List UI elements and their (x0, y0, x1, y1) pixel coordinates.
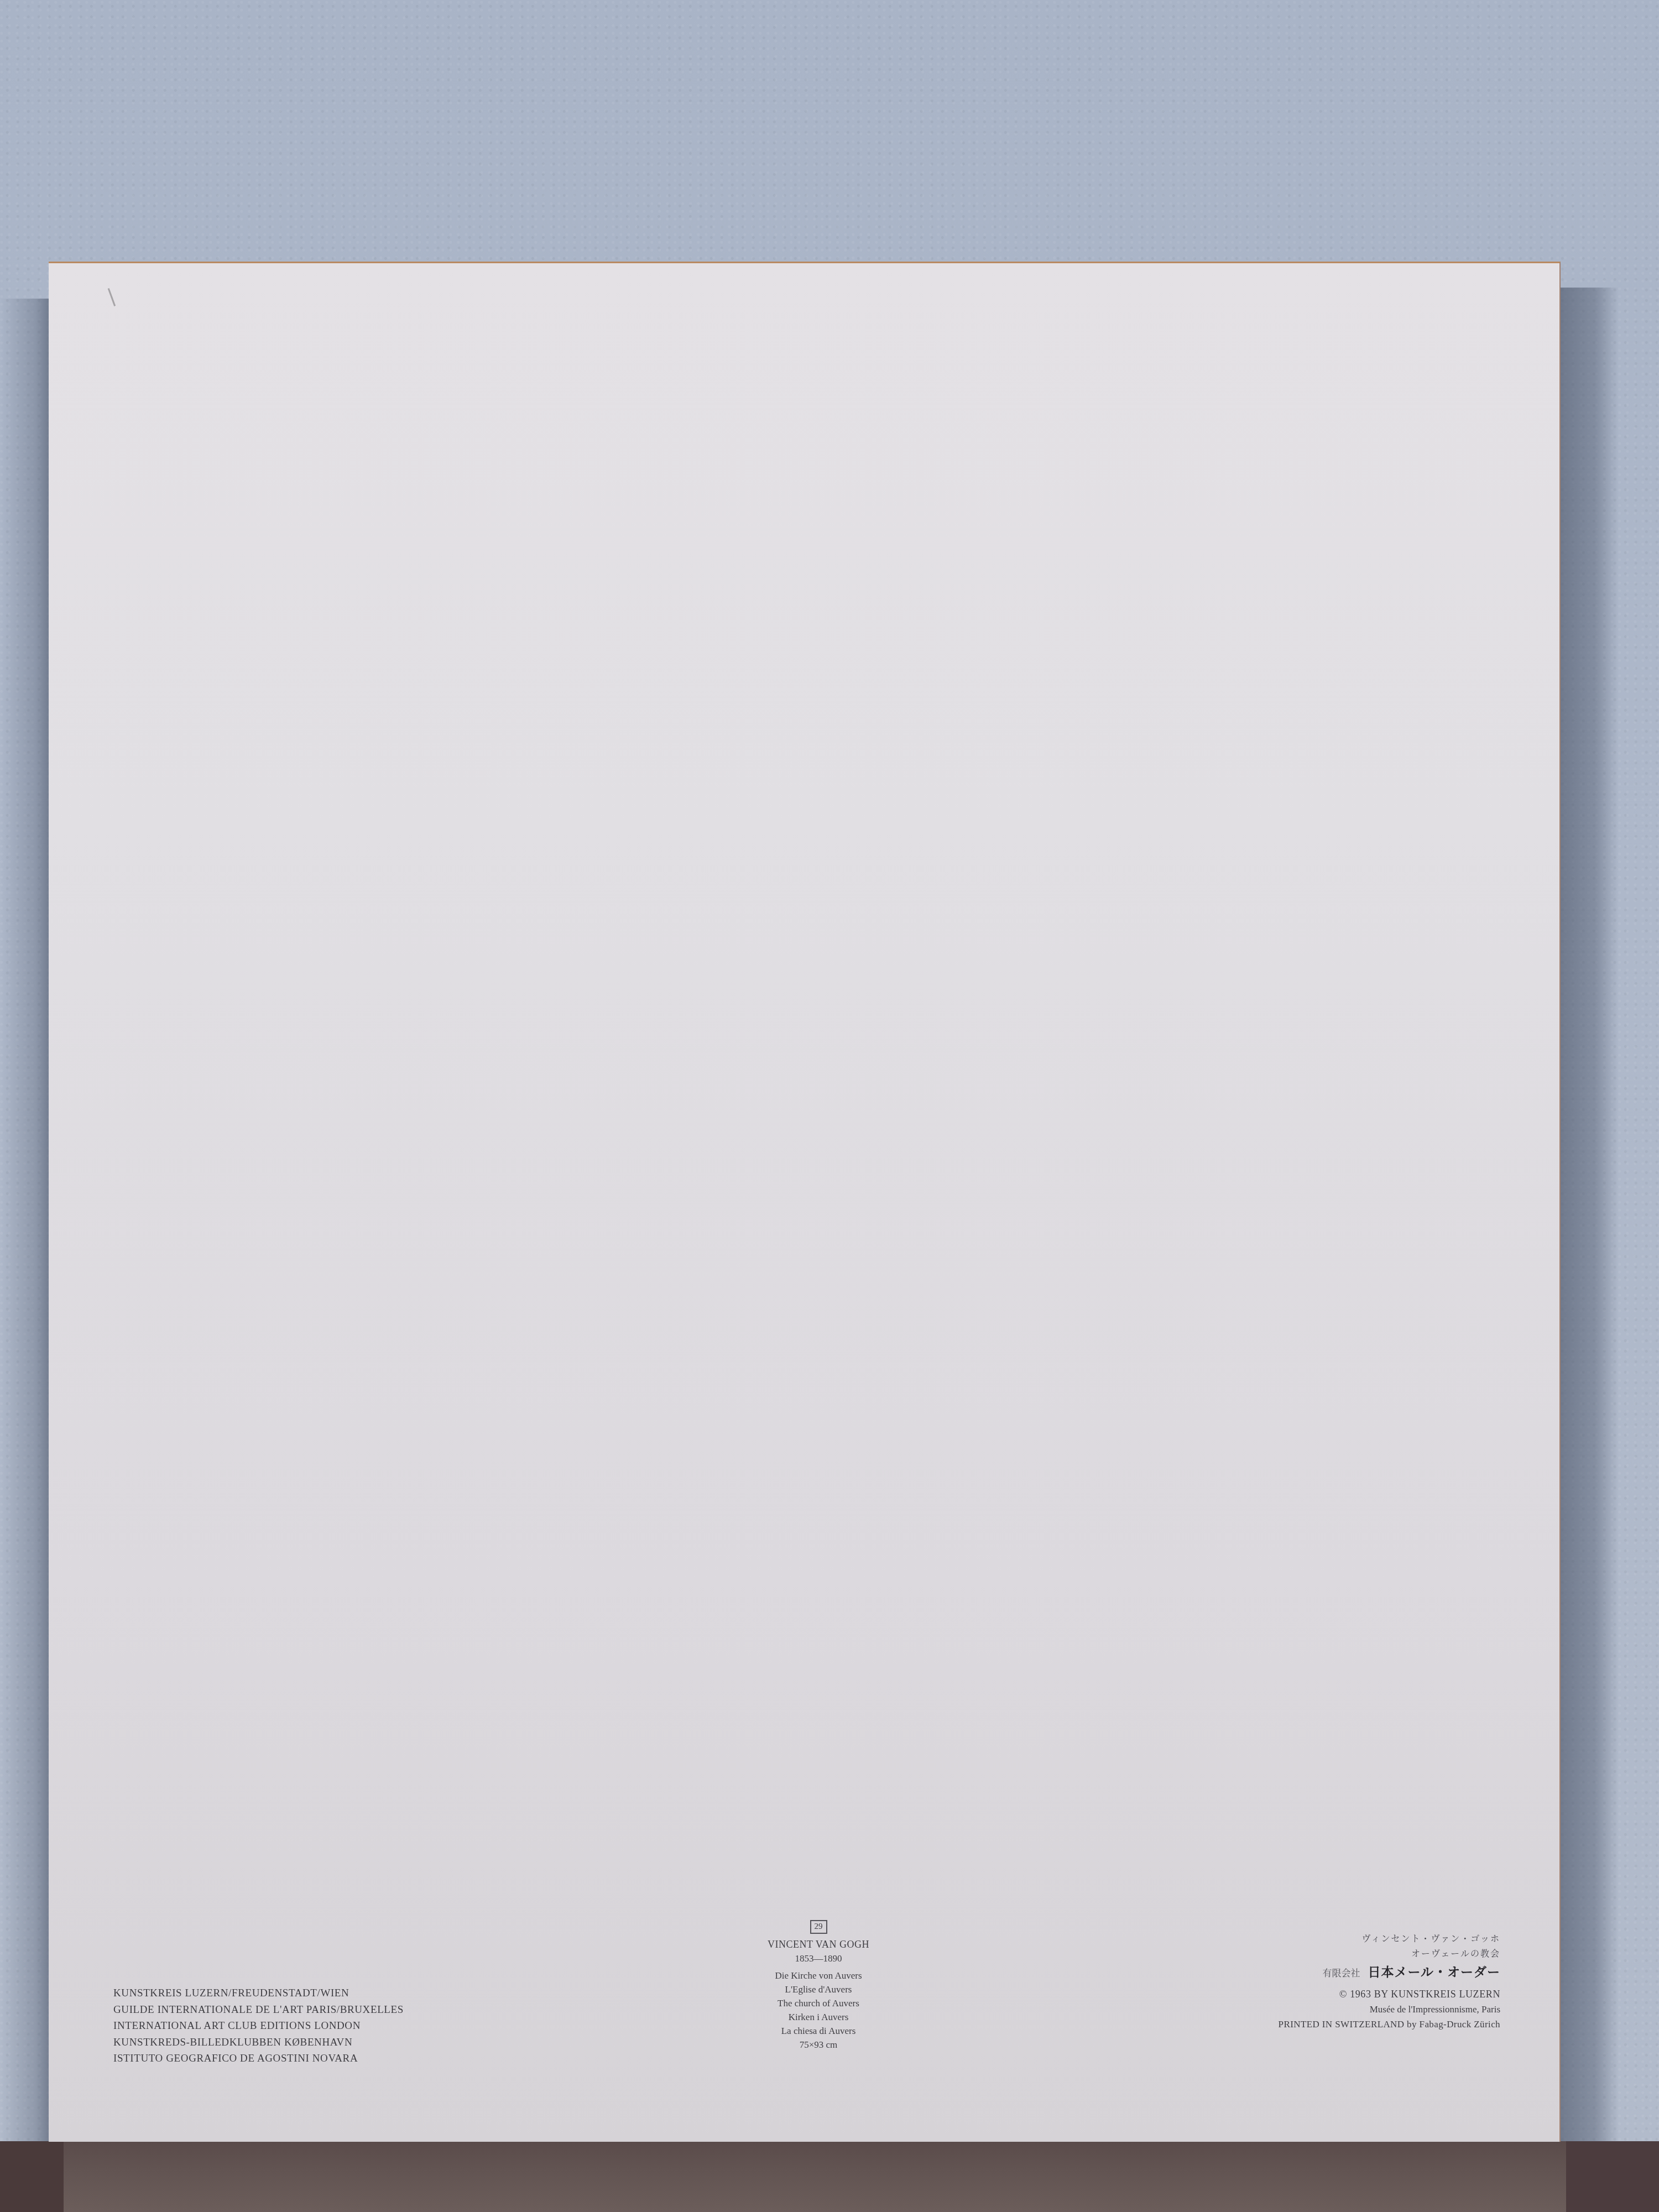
board-right-shadow (1561, 288, 1619, 2143)
japanese-title: オーヴェールの教会 (1279, 1946, 1500, 1961)
print-board-back (49, 262, 1561, 2142)
artist-dates: 1853—1890 (741, 1952, 896, 1965)
title-danish: Kirken i Auvers (741, 2010, 896, 2024)
company-type: 有限会社 (1322, 1968, 1360, 1979)
publisher-line: INTERNATIONAL ART CLUB EDITIONS LONDON (113, 2018, 404, 2034)
publisher-line: KUNSTKREIS LUZERN/FREUDENSTADT/WIEN (113, 1985, 404, 2002)
museum-line: Musée de l'Impressionnisme, Paris (1279, 2002, 1500, 2017)
board-left-shadow (0, 299, 51, 2143)
publisher-line: ISTITUTO GEOGRAFICO DE AGOSTINI NOVARA (113, 2051, 404, 2067)
artist-name: VINCENT VAN GOGH (741, 1937, 896, 1952)
title-german: Die Kirche von Auvers (741, 1969, 896, 1983)
shelf-shadow-right (1566, 2141, 1659, 2212)
title-italian: La chiesa di Auvers (741, 2024, 896, 2038)
printed-line: PRINTED IN SWITZERLAND by Fabag-Druck Zü… (1279, 2017, 1500, 2032)
title-french: L'Eglise d'Auvers (741, 1983, 896, 1996)
copyright-line: © 1963 BY KUNSTKREIS LUZERN (1279, 1987, 1500, 2002)
credits-block: ヴィンセント・ヴァン・ゴッホ オーヴェールの教会 有限会社日本メール・オーダー … (1279, 1931, 1500, 2032)
publisher-line: KUNSTKREDS-BILLEDKLUBBEN KØBENHAVN (113, 2034, 404, 2051)
artwork-info: 29 VINCENT VAN GOGH 1853—1890 Die Kirche… (741, 1919, 896, 2052)
title-english: The church of Auvers (741, 1996, 896, 2010)
japanese-artist-name: ヴィンセント・ヴァン・ゴッホ (1279, 1931, 1500, 1946)
artwork-size: 75×93 cm (741, 2038, 896, 2052)
print-number-badge: 29 (810, 1920, 827, 1934)
japanese-publisher: 有限会社日本メール・オーダー (1279, 1965, 1500, 1981)
pencil-mark (108, 285, 123, 306)
publishers-list: KUNSTKREIS LUZERN/FREUDENSTADT/WIEN GUIL… (113, 1985, 404, 2067)
publisher-line: GUILDE INTERNATIONALE DE L'ART PARIS/BRU… (113, 2002, 404, 2018)
shelf-shadow-left (0, 2141, 64, 2212)
wooden-shelf (0, 2141, 1659, 2212)
company-name: 日本メール・オーダー (1368, 1965, 1500, 1980)
